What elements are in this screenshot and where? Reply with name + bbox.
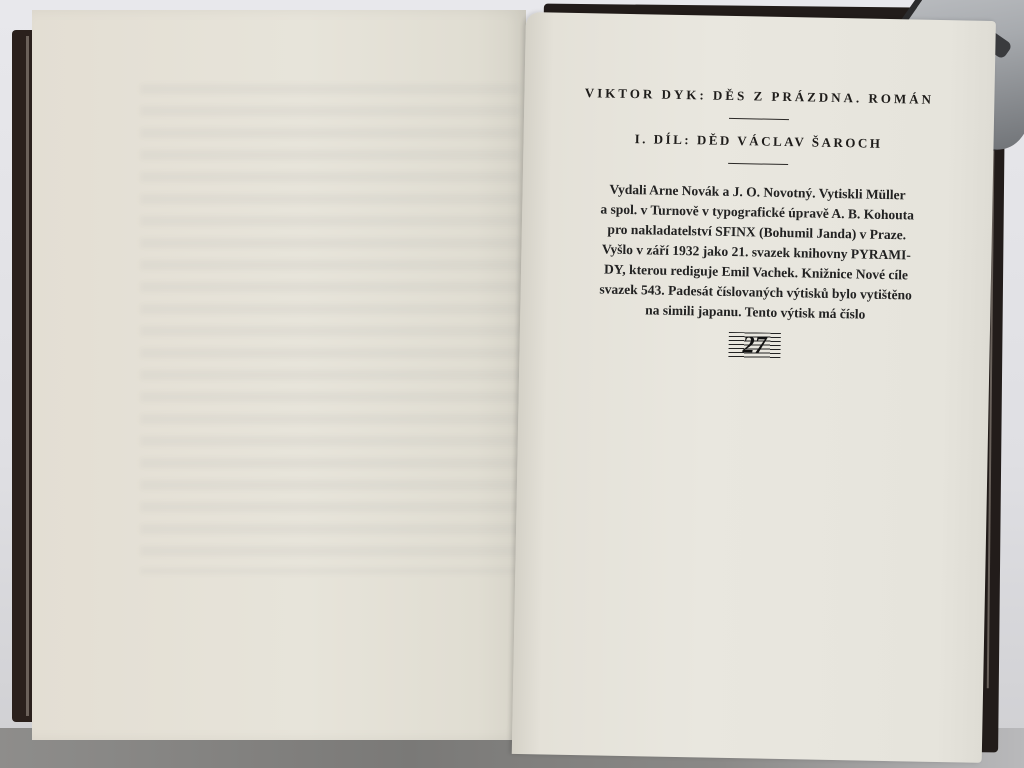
- show-through-text: [140, 84, 520, 574]
- divider: [728, 163, 788, 165]
- book-subtitle: I. DÍL: DĚD VÁCLAV ŠAROCH: [553, 130, 963, 154]
- colophon-block: VIKTOR DYK: DĚS Z PRÁZDNA. ROMÁN I. DÍL:…: [549, 85, 964, 363]
- left-page: [32, 10, 526, 740]
- divider: [729, 118, 789, 120]
- right-page: VIKTOR DYK: DĚS Z PRÁZDNA. ROMÁN I. DÍL:…: [512, 12, 996, 763]
- colophon-text: Vydali Arne Novák a J. O. Novotný. Vytis…: [550, 179, 963, 327]
- book-title: VIKTOR DYK: DĚS Z PRÁZDNA. ROMÁN: [554, 85, 964, 109]
- copy-number: 27: [728, 332, 780, 359]
